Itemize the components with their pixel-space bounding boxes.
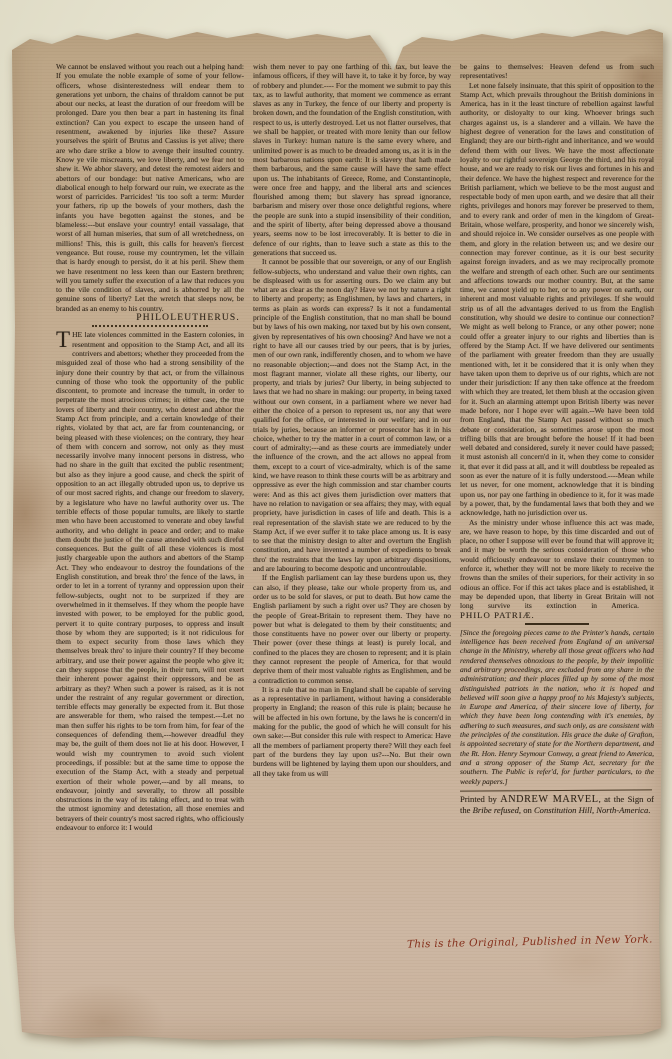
imprint-line: Printed by ANDREW MARVEL, at the Sign of… xyxy=(460,794,654,816)
essay-paragraph: wish them never to pay one farthing of t… xyxy=(253,62,451,257)
paper-surface: We cannot be enslaved without you reach … xyxy=(12,26,663,1042)
essay-paragraph: It cannot be possible that our sovereign… xyxy=(253,257,451,573)
section-divider xyxy=(92,325,209,327)
newspaper-sheet: We cannot be enslaved without you reach … xyxy=(12,26,663,1042)
essay-paragraph: As the ministry under whose influence th… xyxy=(460,518,654,620)
text-column-2: wish them never to pay one farthing of t… xyxy=(253,62,451,1000)
text-column-3: be gains to themselves: Heaven defend us… xyxy=(460,62,654,1000)
drop-cap: T xyxy=(56,330,72,349)
imprint-prefix: Printed by xyxy=(460,794,500,804)
imprint-rule xyxy=(460,789,652,791)
text-columns: We cannot be enslaved without you reach … xyxy=(56,62,654,1000)
imprint-sign-name: Bribe refused xyxy=(473,805,519,815)
imprint-text: , on xyxy=(519,805,534,815)
scanned-page-background: We cannot be enslaved without you reach … xyxy=(0,0,672,1059)
essay-paragraph: We cannot be enslaved without you reach … xyxy=(56,62,244,313)
signature-philoleutherus: PHILOLEUTHERUS. xyxy=(56,314,244,323)
essay-paragraph: If the English parliament can lay these … xyxy=(253,573,451,685)
essay-paragraph: THE late violences committed in the East… xyxy=(56,330,244,832)
printer-note: [Since the foregoing pieces came to the … xyxy=(460,628,654,786)
essay-paragraph: Let none falsely insinuate, that this sp… xyxy=(460,81,654,518)
printer-name: ANDREW MARVEL xyxy=(500,794,598,805)
essay-text: HE late violences committed in the Easte… xyxy=(56,330,244,832)
essay-text: As the ministry under whose influence th… xyxy=(460,518,654,611)
signature-philo-patriae: PHILO PATRIÆ. xyxy=(460,610,535,620)
essay-paragraph: It is a rule that no man in England shal… xyxy=(253,685,451,778)
imprint-place: Constitution Hill, North-America xyxy=(534,805,648,815)
section-divider xyxy=(525,623,589,625)
text-column-1: We cannot be enslaved without you reach … xyxy=(56,62,244,1000)
essay-paragraph: be gains to themselves: Heaven defend us… xyxy=(460,62,654,81)
imprint-text: . xyxy=(648,805,650,815)
